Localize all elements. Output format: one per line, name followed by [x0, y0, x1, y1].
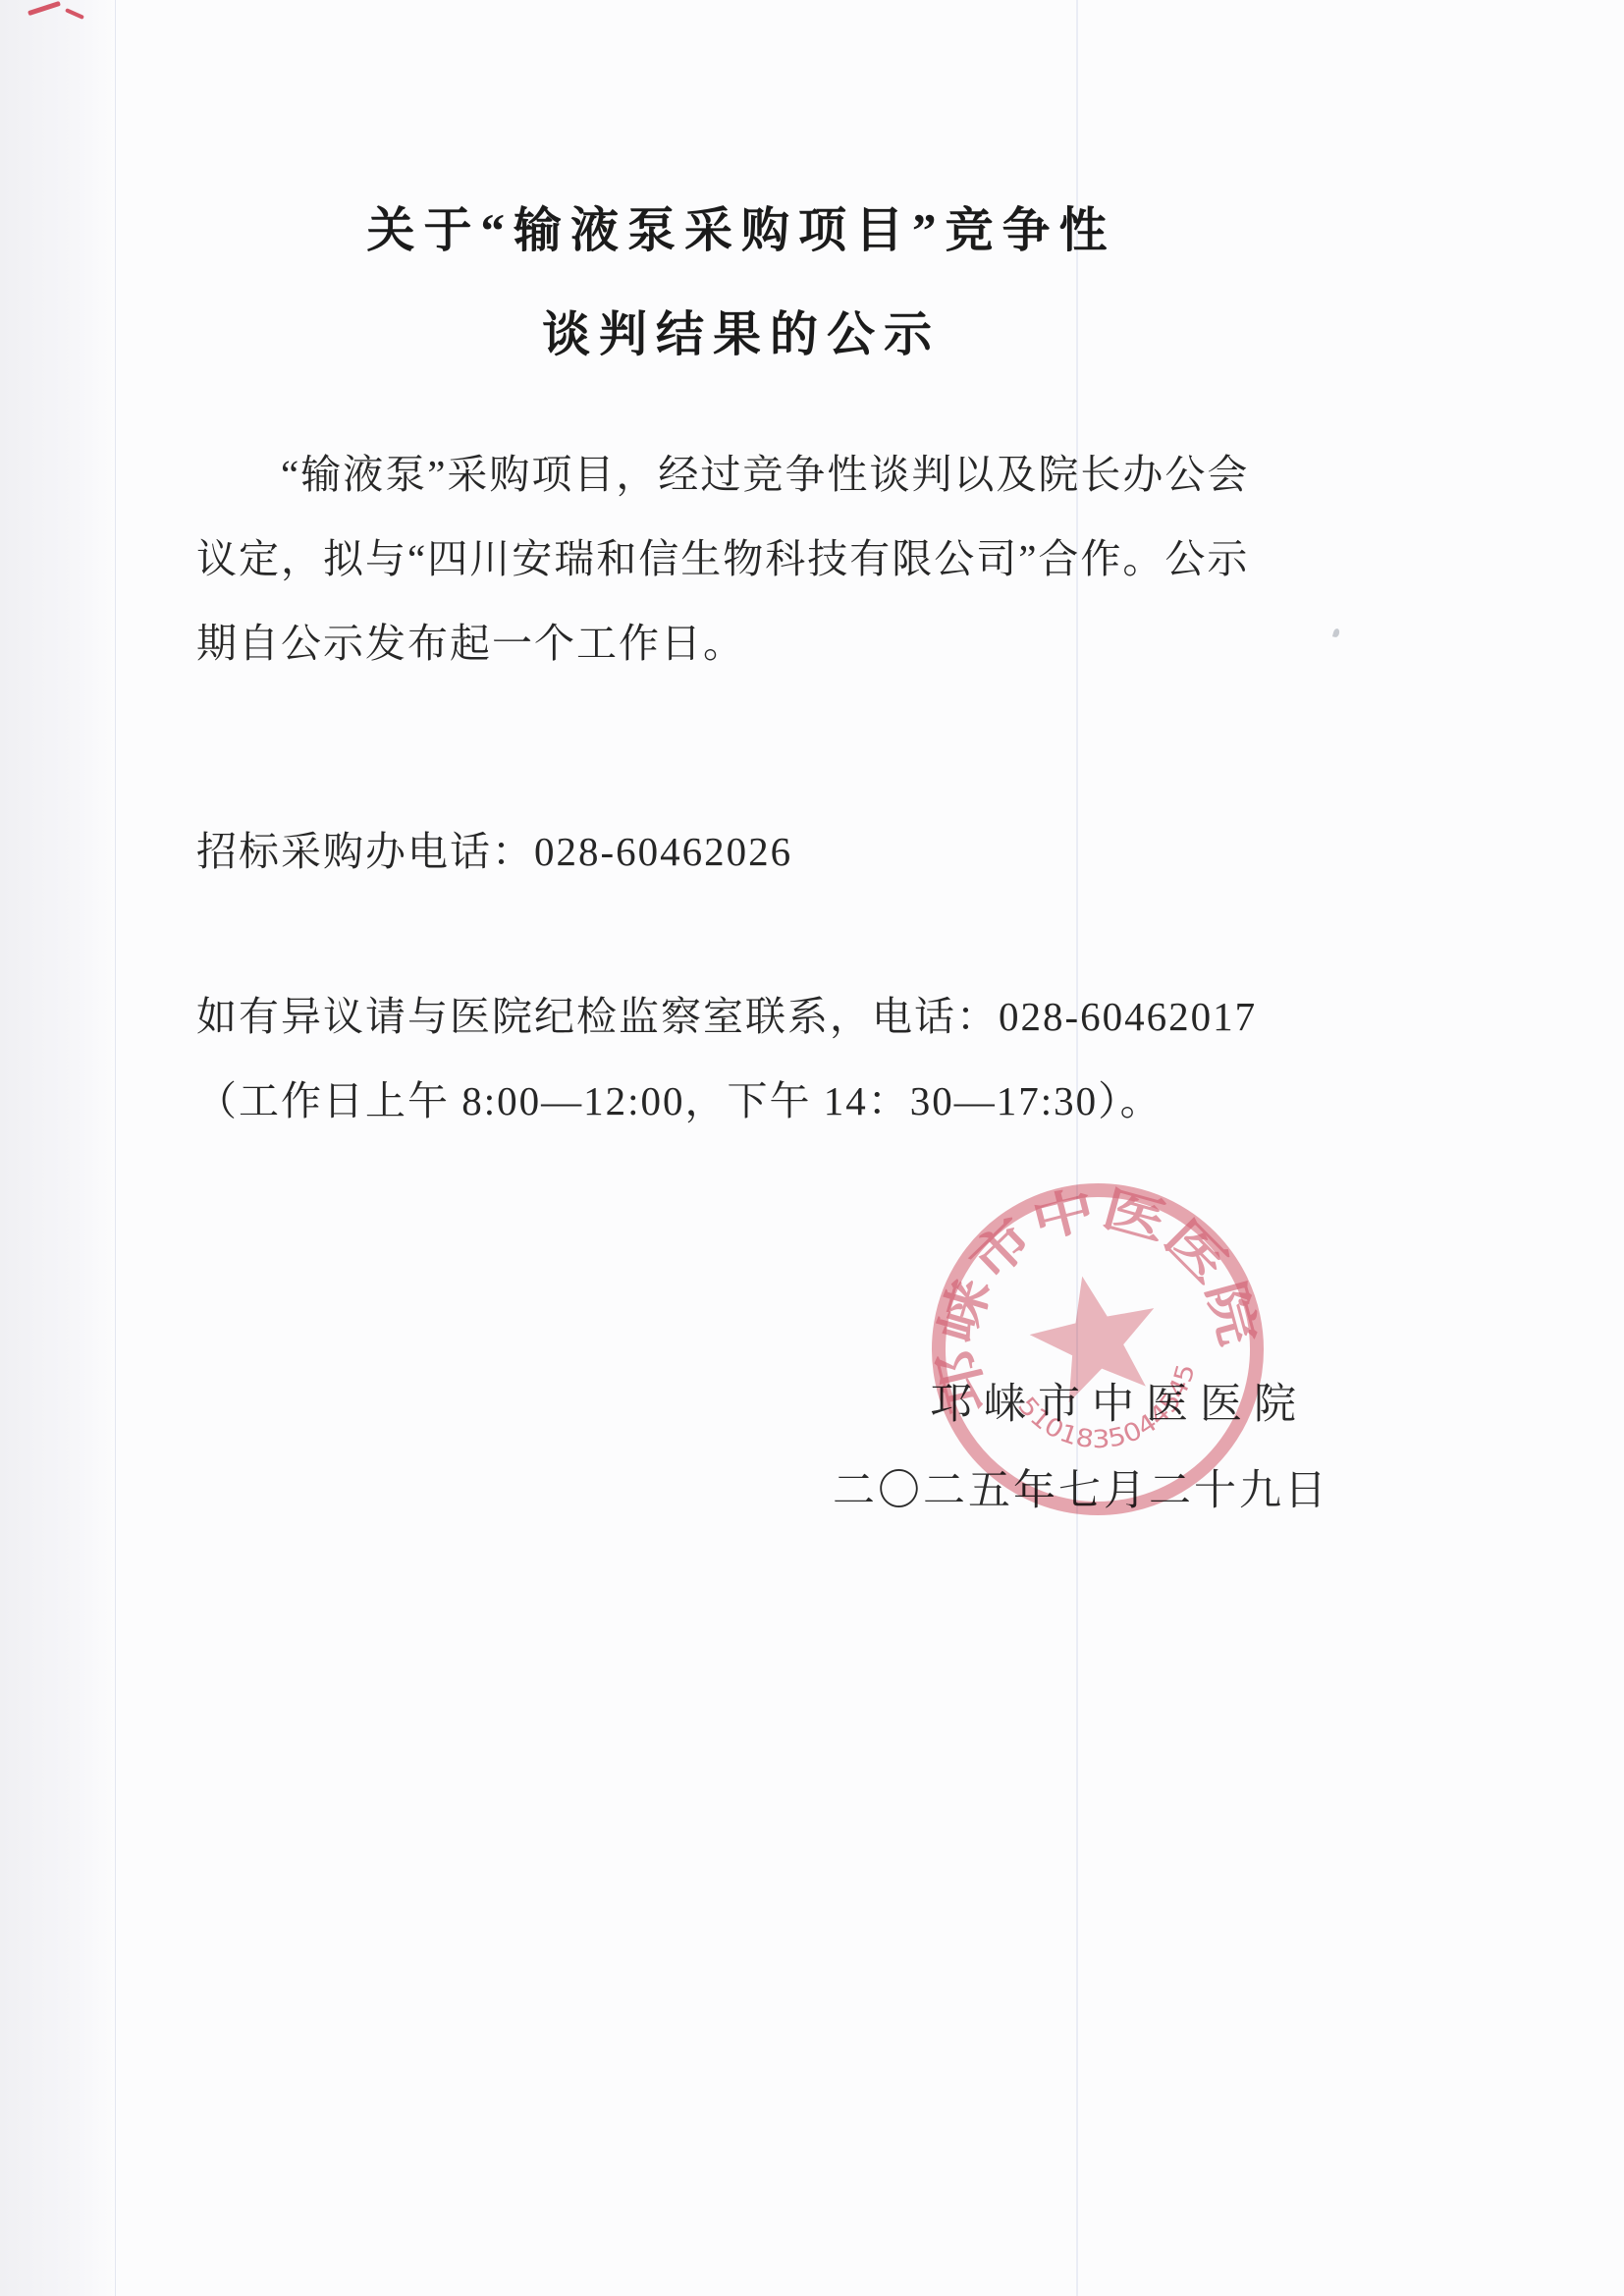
- title-line-2: 谈判结果的公示: [157, 283, 1326, 387]
- paragraph-line-2: 议定，拟与“四川安瑞和信生物科技有限公司”合作。公示: [196, 517, 1345, 601]
- title-line-1: 关于“输液泵采购项目”竞争性: [157, 179, 1326, 283]
- paragraph-line-1: “输液泵”采购项目，经过竞争性谈判以及院长办公会: [196, 432, 1345, 517]
- appeal-contact-block: 如有异议请与医院纪检监察室联系，电话：028-60462017 （工作日上午 8…: [196, 974, 1257, 1143]
- document-title: 关于“输液泵采购项目”竞争性 谈判结果的公示: [157, 179, 1326, 387]
- scanned-document-page: 关于“输液泵采购项目”竞争性 谈判结果的公示 “输液泵”采购项目，经过竞争性谈判…: [0, 0, 1624, 2296]
- scan-edge-line: [115, 0, 116, 2296]
- appeal-line-1: 如有异议请与医院纪检监察室联系，电话：028-60462017: [196, 974, 1257, 1059]
- scan-edge-shading: [0, 0, 116, 2296]
- seal-code-digits: 5101835044545: [1009, 1355, 1214, 1471]
- svg-text:5101835044545: 5101835044545: [1009, 1355, 1214, 1471]
- procurement-phone-line: 招标采购办电话：028-60462026: [196, 819, 792, 877]
- seal-star-icon: [1020, 1263, 1169, 1407]
- official-red-seal: 邛崃市中医医院 5101835044545: [911, 1163, 1284, 1536]
- main-paragraph: “输液泵”采购项目，经过竞争性谈判以及院长办公会 议定，拟与“四川安瑞和信生物科…: [196, 432, 1345, 685]
- paragraph-line-3: 期自公示发布起一个工作日。: [196, 601, 1345, 685]
- appeal-line-2: （工作日上午 8:00—12:00，下午 14：30—17:30）。: [196, 1059, 1257, 1143]
